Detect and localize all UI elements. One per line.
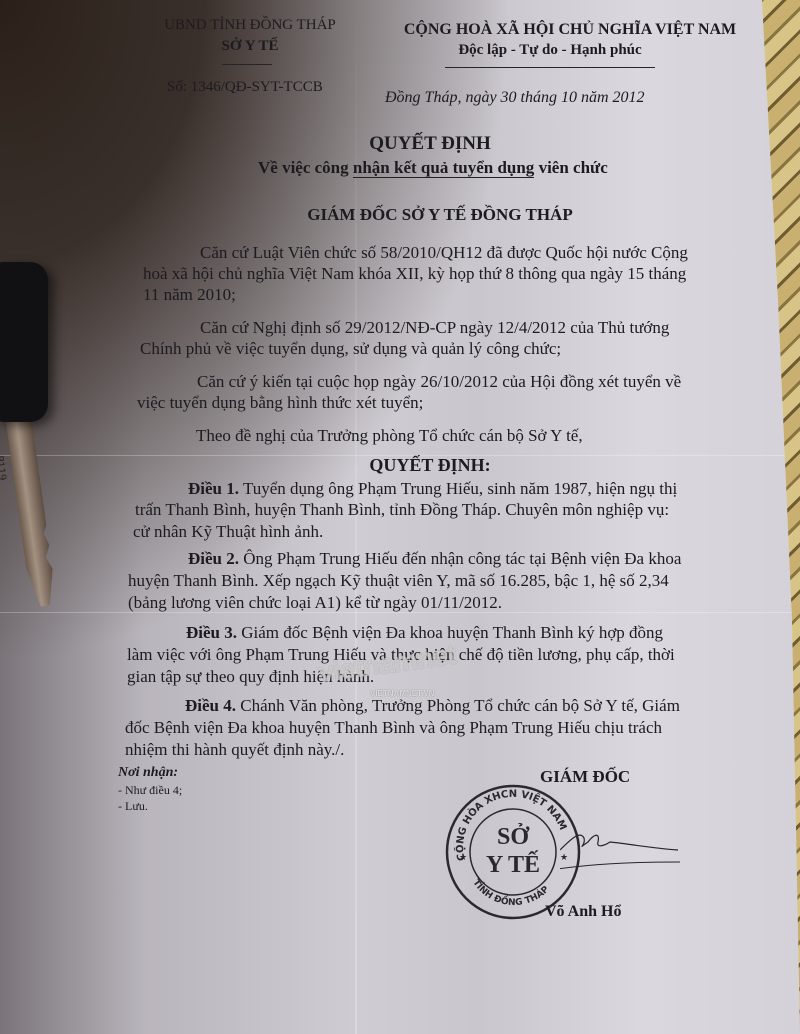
preamble-line: hoà xã hội chủ nghĩa Việt Nam khóa XII, …	[143, 265, 686, 282]
svg-text:Y TẾ: Y TẾ	[486, 851, 540, 878]
car-key-head	[0, 262, 48, 422]
document-number: Số: 1346/QĐ-SYT-TCCB	[167, 80, 323, 95]
national-title: CỘNG HOÀ XÃ HỘI CHỦ NGHĨA VIỆT NAM	[380, 22, 760, 38]
decision-subject: Về việc công nhận kết quả tuyển dụng viê…	[258, 159, 608, 176]
watermark-site: VIETNAMNET.VN	[370, 689, 434, 698]
recipient-item: - Lưu.	[118, 800, 148, 812]
preamble-line: Chính phủ về việc tuyển dụng, sử dụng và…	[140, 340, 561, 357]
article-label: Điều 2.	[188, 549, 239, 568]
issuer-title: GIÁM ĐỐC SỞ Y TẾ ĐỒNG THÁP	[270, 206, 610, 223]
article-line: huyện Thanh Bình. Xếp ngạch Kỹ thuật viê…	[128, 572, 669, 589]
decision-title: QUYẾT ĐỊNH	[280, 134, 580, 153]
agency-parent: UBND TỈNH ĐỒNG THÁP	[150, 18, 350, 33]
article-line: đốc Bệnh viện Đa khoa huyện Thanh Bình v…	[125, 719, 662, 736]
agency-name: SỞ Y TẾ	[150, 39, 350, 54]
preamble-line: Căn cứ Nghị định số 29/2012/NĐ-CP ngày 1…	[200, 319, 669, 336]
decision-heading: QUYẾT ĐỊNH:	[330, 456, 530, 474]
article-line: trấn Thanh Bình, huyện Thanh Bình, tỉnh …	[135, 501, 669, 518]
preamble-line: Căn cứ Luật Viên chức số 58/2010/QH12 đã…	[200, 244, 688, 261]
preamble-line: Theo đề nghị của Trưởng phòng Tổ chức cá…	[196, 427, 583, 444]
signer-name: Võ Anh Hổ	[545, 904, 621, 920]
svg-text:★: ★	[459, 852, 467, 862]
place-date: Đồng Tháp, ngày 30 tháng 10 năm 2012	[385, 90, 645, 106]
preamble-line: Căn cứ ý kiến tại cuộc họp ngày 26/10/20…	[197, 373, 681, 390]
signature-mark	[560, 820, 680, 880]
recipient-item: - Như điều 4;	[118, 784, 182, 796]
article-label: Điều 1.	[188, 479, 239, 498]
motto-underline	[445, 67, 655, 68]
national-motto: Độc lập - Tự do - Hạnh phúc	[380, 43, 720, 58]
article-line: cử nhân Kỹ Thuật hình ảnh.	[133, 523, 323, 540]
preamble-line: việc tuyển dụng bằng hình thức xét tuyển…	[137, 394, 423, 411]
article-line: (bảng lương viên chức loại A1) kể từ ngà…	[128, 594, 502, 611]
article-label: Điều 4.	[185, 696, 236, 715]
fold-line	[0, 612, 800, 613]
agency-underline	[222, 64, 272, 65]
preamble-line: 11 năm 2010;	[143, 286, 236, 303]
svg-text:SỞ: SỞ	[497, 824, 530, 850]
article-label: Điều 3.	[186, 623, 237, 642]
article-line: nhiệm thi hành quyết định này./.	[125, 741, 344, 758]
recipients-heading: Nơi nhận:	[118, 766, 178, 780]
